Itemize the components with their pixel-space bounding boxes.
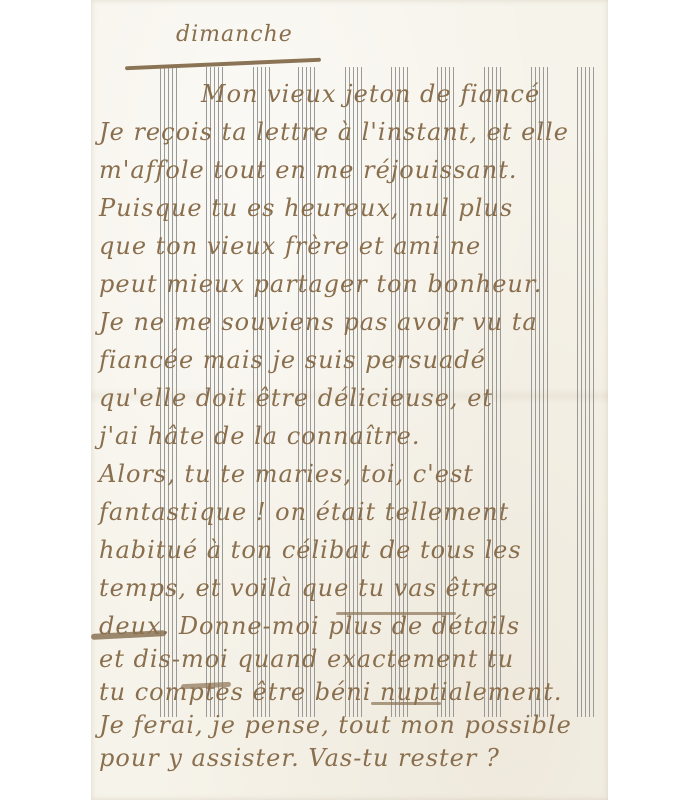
letter-line: Je ne me souviens pas avoir vu ta — [99, 308, 538, 336]
letter-line: j'ai hâte de la connaître. — [99, 422, 420, 450]
letter-line: fiancée mais je suis persuadé — [99, 346, 486, 374]
letter-line: Je ferai, je pense, tout mon possible — [99, 711, 572, 739]
staff-lines — [577, 67, 597, 717]
letter-line: Mon vieux jeton de fiancé — [201, 80, 540, 108]
letter-line: Alors, tu te maries, toi, c'est — [99, 460, 474, 488]
letter-line: deux. Donne-moi plus de détails — [99, 612, 520, 640]
letter-line: tu comptes être béni nuptialement. — [99, 678, 563, 706]
letter-heading: dimanche — [176, 22, 293, 47]
letter-line: m'affole tout en me réjouissant. — [99, 156, 517, 184]
letter-line: habitué à ton célibat de tous les — [99, 536, 522, 564]
letter-line: fantastique ! on était tellement — [99, 498, 509, 526]
letter-line: et dis-moi quand exactement tu — [99, 645, 514, 673]
letter-line: que ton vieux frère et ami ne — [99, 232, 481, 260]
letter-line: pour y assister. Vas-tu rester ? — [99, 744, 500, 772]
letter-line: qu'elle doit être délicieuse, et — [99, 384, 493, 412]
letter-line: Puisque tu es heureux, nul plus — [99, 194, 513, 222]
letter-line: temps, et voilà que tu vas être — [99, 574, 499, 602]
letter-line: Je reçois ta lettre à l'instant, et elle — [99, 118, 569, 146]
letter-line: peut mieux partager ton bonheur. — [99, 270, 542, 298]
letter-paper: dimanche Mon vieux jeton de fiancé Je re… — [91, 0, 608, 800]
staff-lines — [531, 67, 551, 717]
